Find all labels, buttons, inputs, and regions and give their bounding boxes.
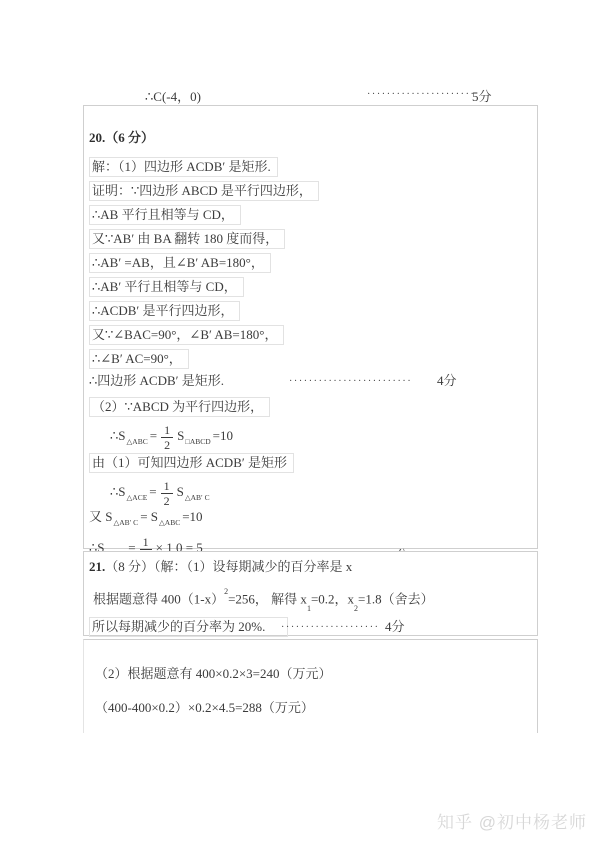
score-5: 5分 bbox=[472, 86, 492, 105]
conclusion-line: ∴四边形 ACDB′ 是矩形. ························… bbox=[89, 373, 531, 388]
calculation-line: （400-400×0.2）×0.2×4.5=288（万元） bbox=[95, 700, 531, 715]
fraction-numerator: 1 bbox=[140, 536, 152, 550]
question-21-heading: 21.（8 分）（解：（1）设每期减少的百分率是 x bbox=[89, 559, 531, 574]
fraction-one-half: 12 bbox=[161, 480, 173, 507]
question-20-points: （6 分） bbox=[105, 130, 154, 145]
answer-c-coordinates: ∴C(-4，0) bbox=[145, 86, 201, 105]
proof-line: 又∵AB′ 由 BA 翻转 180 度而得， bbox=[89, 229, 531, 244]
score-4: 4分 bbox=[385, 619, 405, 634]
leader-dots: ······················ bbox=[367, 89, 475, 100]
question-20-answer-box: 20.（6 分） 解：（1）四边形 ACDB′ 是矩形. 证明：∵四边形 ABC… bbox=[83, 105, 538, 549]
proof-line-text: ∴AB 平行且相等与 CD， bbox=[89, 205, 241, 225]
formula-text: S bbox=[177, 484, 184, 499]
subscript-1: 1 bbox=[307, 604, 311, 613]
conclusion-line: 所以每期减少的百分率为 20%. ···················· 4分 bbox=[89, 617, 531, 632]
deduction-line-text: 由（1）可知四边形 ACDB′ 是矩形 bbox=[89, 453, 294, 473]
subscript-parallelogram-abcd: □ABCD bbox=[185, 437, 210, 446]
fraction-numerator: 1 bbox=[161, 480, 173, 494]
deduction-line: 由（1）可知四边形 ACDB′ 是矩形 bbox=[89, 453, 531, 468]
leader-dots: ························· bbox=[289, 374, 412, 389]
subscript-triangle-abc-prime: △AB′ C bbox=[113, 518, 138, 527]
part2-line-text: （2）∵ABCD 为平行四边形， bbox=[89, 397, 270, 417]
area-equality-line: 又 S△AB′ C= S△ABC=10 bbox=[89, 509, 531, 524]
equation-text: =0.2，x bbox=[311, 591, 354, 606]
proof-line-text: 又∵∠BAC=90°，∠B′ AB=180°， bbox=[89, 325, 284, 345]
formula-text: ∴S bbox=[110, 484, 126, 499]
equation-text: 根据题意得 400（1-x） bbox=[93, 591, 224, 606]
equals-sign: = S bbox=[140, 509, 158, 524]
question-20-heading: 20.（6 分） bbox=[89, 130, 531, 145]
proof-line: ∴AB 平行且相等与 CD， bbox=[89, 205, 531, 220]
zhihu-watermark: 知乎 @初中杨老师 bbox=[437, 808, 587, 833]
conclusion-text: 所以每期减少的百分率为 20%. bbox=[89, 617, 288, 637]
proof-line: ∴AB′ 平行且相等与 CD， bbox=[89, 277, 531, 292]
proof-line-text: ∴AB′ 平行且相等与 CD， bbox=[89, 277, 244, 297]
solution-line: 解：（1）四边形 ACDB′ 是矩形. bbox=[89, 157, 531, 172]
question-20-number: 20. bbox=[89, 130, 105, 145]
proof-line: 又∵∠BAC=90°，∠B′ AB=180°， bbox=[89, 325, 531, 340]
proof-line-text: ∴∠B′ AC=90°， bbox=[89, 349, 189, 369]
formula-text: =10 bbox=[182, 509, 202, 524]
equals-sign: = bbox=[150, 428, 157, 443]
formula-text: S bbox=[177, 428, 184, 443]
document-page: ∴C(-4，0) ······················ 5分 20.（6… bbox=[0, 0, 600, 848]
proof-line: ∴AB′ =AB，且∠B′ AB=180°， bbox=[89, 253, 531, 268]
proof-line: 证明：∵四边形 ABCD 是平行四边形， bbox=[89, 181, 531, 196]
area-formula-2: ∴S△ACE=12S△AB′ C bbox=[110, 477, 531, 507]
calculation-text: （400-400×0.2）×0.2×4.5=288（万元） bbox=[95, 700, 314, 715]
subscript-2: 2 bbox=[354, 604, 358, 613]
proof-line-text: 又∵AB′ 由 BA 翻转 180 度而得， bbox=[89, 229, 285, 249]
area-formula-1: ∴S△ABC=12S□ABCD=10 bbox=[110, 421, 531, 451]
subscript-triangle-abc: △ABC bbox=[127, 437, 148, 446]
fraction-one-half: 12 bbox=[161, 424, 173, 451]
equation-line: 根据题意得 400（1-x）2=256， 解得 x1=0.2，x2=1.8（舍去… bbox=[93, 588, 531, 603]
part2-line: （2）∵ABCD 为平行四边形， bbox=[89, 397, 531, 412]
proof-line-text: 证明：∵四边形 ABCD 是平行四边形， bbox=[89, 181, 319, 201]
conclusion-text: ∴四边形 ACDB′ 是矩形. bbox=[89, 373, 224, 388]
equation-text: =1.8（舍去） bbox=[358, 591, 434, 606]
question-21-setup-text: （8 分）（解：（1）设每期减少的百分率是 x bbox=[105, 559, 352, 574]
equals-sign: = bbox=[149, 484, 156, 499]
fraction-numerator: 1 bbox=[161, 424, 173, 438]
leader-dots: ···················· bbox=[281, 620, 380, 635]
question-21-part2-box: （2）根据题意有 400×0.2×3=240（万元） （400-400×0.2）… bbox=[83, 639, 538, 733]
subscript-triangle-ace: △ACE bbox=[127, 493, 148, 502]
solution-line-text: 解：（1）四边形 ACDB′ 是矩形. bbox=[89, 157, 278, 177]
score-4: 4分 bbox=[437, 373, 457, 388]
subscript-triangle-abc: △ABC bbox=[159, 518, 180, 527]
fraction-denominator: 2 bbox=[161, 494, 173, 507]
proof-line: ∴∠B′ AC=90°， bbox=[89, 349, 531, 364]
formula-text: ∴S bbox=[110, 428, 126, 443]
calculation-line: （2）根据题意有 400×0.2×3=240（万元） bbox=[95, 666, 531, 681]
equation-text: =256， 解得 x bbox=[228, 591, 307, 606]
calculation-text: （2）根据题意有 400×0.2×3=240（万元） bbox=[95, 666, 332, 681]
formula-text: 又 S bbox=[89, 509, 112, 524]
proof-line-text: ∴AB′ =AB，且∠B′ AB=180°， bbox=[89, 253, 271, 273]
subscript-triangle-abc-prime: △AB′ C bbox=[185, 493, 210, 502]
proof-line-text: ∴ACDB′ 是平行四边形， bbox=[89, 301, 240, 321]
proof-line: ∴ACDB′ 是平行四边形， bbox=[89, 301, 531, 316]
question-21-answer-box: 21.（8 分）（解：（1）设每期减少的百分率是 x 根据题意得 400（1-x… bbox=[83, 551, 538, 636]
question-21-number: 21. bbox=[89, 559, 105, 574]
formula-text: =10 bbox=[213, 428, 233, 443]
superscript-2: 2 bbox=[224, 587, 228, 596]
fraction-denominator: 2 bbox=[161, 438, 173, 451]
